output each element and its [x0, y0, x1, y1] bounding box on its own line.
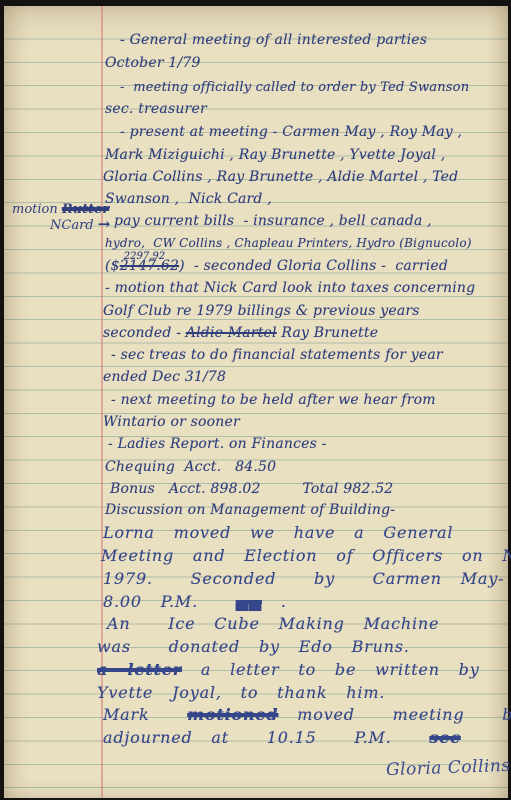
- handwritten-text: a letter to be written by: [182, 659, 480, 680]
- notebook-page: motion Rutter NCard → Gloria Collins - G…: [4, 6, 508, 798]
- handwritten-line: - sec treas to do financial statements f…: [111, 345, 443, 366]
- handwritten-line: Lorna moved we have a General: [103, 522, 453, 543]
- handwritten-text: was donated by Edo Bruns.: [97, 636, 410, 657]
- handwritten-text: ) - seconded Gloria Collins - carried: [179, 256, 448, 277]
- handwritten-line: - motion that Nick Card look into taxes …: [105, 278, 475, 299]
- handwritten-line: - meeting officially called to order by …: [120, 77, 469, 98]
- handwritten-text: An Ice Cube Making Machine: [107, 613, 439, 634]
- inserted-correction-text: 2297.92: [124, 246, 165, 267]
- handwritten-text: - motion that Nick Card look into taxes …: [105, 278, 475, 299]
- crossed-out-text: 2147.622297.92: [120, 256, 179, 277]
- handwritten-text: Discussion on Management of Building-: [105, 500, 395, 521]
- handwritten-line: Mark motioned moved meeting be: [103, 704, 511, 725]
- handwritten-line: Chequing Acct. 84.50: [105, 457, 276, 478]
- handwritten-text: Meeting and Election of Officers on Nov.: [101, 545, 511, 566]
- handwritten-text: .: [262, 591, 287, 612]
- handwritten-text: Bonus Acct. 898.02 Total 982.52: [110, 479, 393, 500]
- handwritten-line: Yvette Joyal, to thank him.: [97, 682, 385, 703]
- handwritten-text: October 1/79: [105, 53, 201, 74]
- handwritten-text: Chequing Acct. 84.50: [105, 457, 276, 478]
- handwritten-text: ($: [105, 256, 120, 277]
- handwritten-line: ended Dec 31/78: [103, 367, 226, 388]
- handwritten-text: ended Dec 31/78: [103, 367, 226, 388]
- handwritten-line: pay current bills - insurance , bell can…: [114, 211, 432, 232]
- handwritten-line: 1979. Seconded by Carmen May-: [103, 568, 504, 589]
- handwritten-line: An Ice Cube Making Machine: [107, 613, 439, 634]
- handwritten-text: - General meeting of all interested part…: [120, 30, 427, 51]
- signature: Gloria Collins: [386, 756, 511, 780]
- handwritten-text: Lorna moved we have a General: [103, 522, 453, 543]
- crossed-out-text: a letter: [97, 659, 182, 680]
- handwritten-line: sec. treasurer: [105, 99, 207, 120]
- handwritten-text: 8.00 P.M.: [103, 591, 236, 612]
- handwritten-line: adjourned at 10.15 P.M. sec: [103, 727, 461, 748]
- handwritten-line: Gloria Collins , Ray Brunette , Aldie Ma…: [103, 167, 458, 188]
- handwritten-line: was donated by Edo Bruns.: [97, 636, 410, 657]
- handwritten-line: ($2147.622297.92) - seconded Gloria Coll…: [105, 256, 448, 277]
- handwritten-text: moved meeting be: [278, 704, 511, 725]
- handwritten-text: - present at meeting - Carmen May , Roy …: [120, 122, 462, 143]
- margin-note-initials: NCard: [50, 218, 94, 233]
- handwritten-line: seconded - Aldie Martel Ray Brunette: [103, 323, 378, 344]
- crossed-out-text: ▃▃: [236, 591, 262, 612]
- handwritten-text: Mark Miziguichi , Ray Brunette , Yvette …: [105, 145, 445, 166]
- handwritten-text: - next meeting to be held after we hear …: [111, 390, 436, 411]
- handwritten-text: sec. treasurer: [105, 99, 207, 120]
- arrow-right-icon: →: [98, 215, 109, 233]
- crossed-out-text: motioned: [187, 704, 278, 725]
- margin-note-row2: NCard →: [12, 217, 109, 233]
- margin-note-motion: motion Rutter NCard →: [12, 202, 109, 233]
- handwritten-text: pay current bills - insurance , bell can…: [114, 211, 432, 232]
- handwritten-text: Ray Brunette: [277, 323, 378, 344]
- handwritten-line: - General meeting of all interested part…: [120, 30, 427, 51]
- handwritten-line: October 1/79: [105, 53, 201, 74]
- handwritten-line: - Ladies Report. on Finances -: [108, 434, 327, 455]
- handwritten-text: Golf Club re 1979 billings & previous ye…: [103, 301, 420, 322]
- handwritten-line: Wintario or sooner: [103, 412, 240, 433]
- crossed-out-text: sec: [429, 727, 460, 748]
- handwritten-line: Meeting and Election of Officers on Nov.: [101, 545, 511, 566]
- margin-note-word: motion: [12, 202, 58, 217]
- handwritten-line: Mark Miziguichi , Ray Brunette , Yvette …: [105, 145, 445, 166]
- handwritten-text: 1979. Seconded by Carmen May-: [103, 568, 504, 589]
- handwritten-text: - sec treas to do financial statements f…: [111, 345, 443, 366]
- handwritten-line: a letter a letter to be written by: [97, 659, 480, 680]
- handwritten-text: adjourned at 10.15 P.M.: [103, 727, 429, 748]
- crossed-out-text: Aldie Martel: [186, 323, 277, 344]
- handwritten-line: 8.00 P.M. ▃▃ .: [103, 591, 287, 612]
- handwritten-line: Bonus Acct. 898.02 Total 982.52: [110, 479, 393, 500]
- handwritten-line: Swanson , Nick Card ,: [105, 189, 272, 210]
- handwritten-text: - Ladies Report. on Finances -: [108, 434, 327, 455]
- handwritten-text: Wintario or sooner: [103, 412, 240, 433]
- handwritten-text: seconded -: [103, 323, 186, 344]
- handwritten-text: - meeting officially called to order by …: [120, 77, 469, 98]
- handwritten-text: Gloria Collins , Ray Brunette , Aldie Ma…: [103, 167, 458, 188]
- margin-note-row1: motion Rutter: [12, 202, 109, 217]
- handwritten-text: Swanson , Nick Card ,: [105, 189, 272, 210]
- handwritten-text: Mark: [103, 704, 187, 725]
- handwritten-line: Golf Club re 1979 billings & previous ye…: [103, 301, 420, 322]
- handwritten-text: Yvette Joyal, to thank him.: [97, 682, 385, 703]
- handwritten-line: Discussion on Management of Building-: [105, 500, 395, 521]
- handwritten-line: - next meeting to be held after we hear …: [111, 390, 436, 411]
- handwritten-line: - present at meeting - Carmen May , Roy …: [120, 122, 462, 143]
